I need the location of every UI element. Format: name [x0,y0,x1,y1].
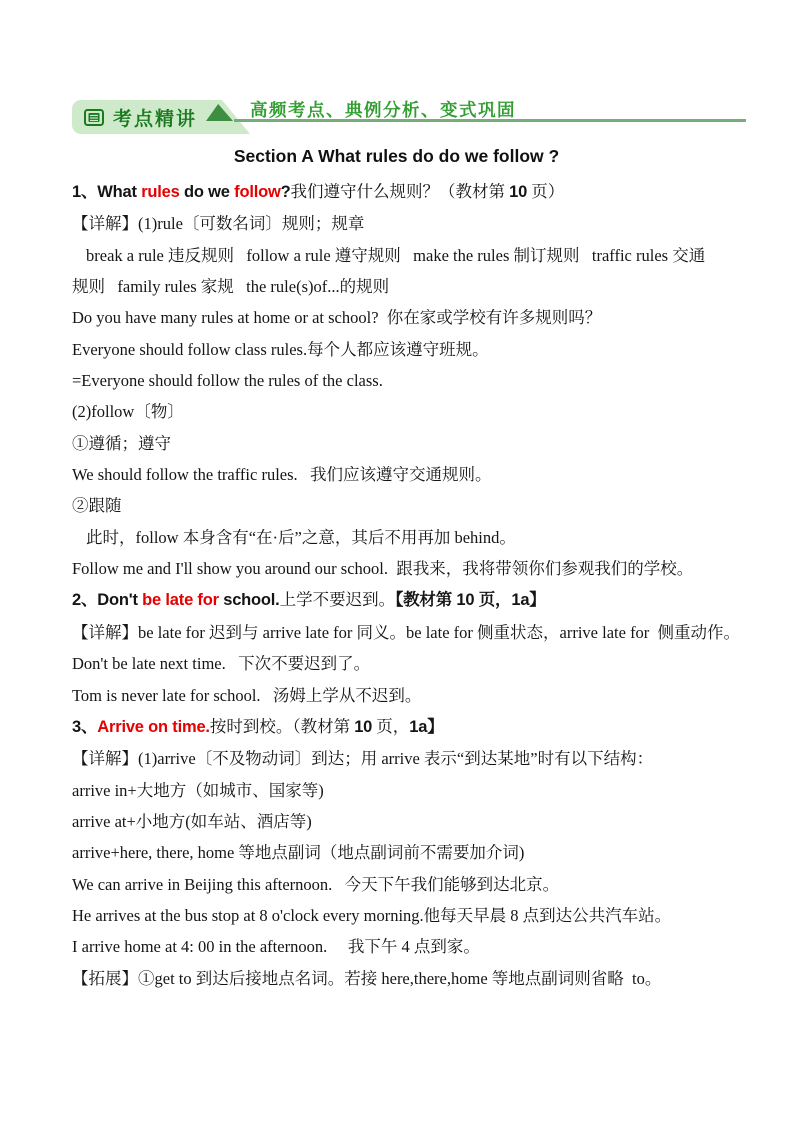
text-line: He arrives at the bus stop at 8 o'clock … [72,900,793,931]
text-run: （教材第 [292,717,354,736]
text-run: I arrive home at 4: 00 in the afternoon.… [72,937,480,956]
text-run: 【教材第 10 页，1a】 [395,591,546,609]
text-run: 3、 [72,718,97,736]
text-line: 【拓展】①get to 到达后接地点名词。若接 here,there,home … [72,963,793,994]
text-run: Do you have many rules at home or at sch… [72,308,601,327]
text-run: 此时，follow 本身含有“在·后”之意，其后不用再加 behind。 [86,528,516,547]
section-badge: 考点精讲 [72,100,222,134]
book-icon [84,109,104,126]
text-line: arrive in+大地方（如城市、国家等) [72,775,793,806]
text-line: ②跟随 [72,490,793,521]
text-run: arrive in+大地方（如城市、国家等) [72,781,324,800]
text-run: 我们遵守什么规则？（教材第 [291,182,510,201]
text-run: 上学不要迟到。 [280,590,396,609]
header-subtitle: 高频考点、典例分析、变式巩固 [250,97,516,122]
text-run: Don't be late next time. 下次不要迟到了。 [72,654,370,673]
text-run: 10 [509,183,527,201]
text-run: 【详解】be late for 迟到与 arrive late for 同义。b… [72,623,740,642]
text-run: 1a】 [409,718,443,736]
text-line: break a rule 违反规则 follow a rule 遵守规则 mak… [72,240,793,271]
text-line: Follow me and I'll show you around our s… [72,553,793,584]
text-run: 【详解】(1)rule〔可数名词〕规则；规章 [72,214,364,233]
text-run: Everyone should follow class rules.每个人都应… [72,340,489,359]
text-line: Don't be late next time. 下次不要迟到了。 [72,648,793,679]
highlighted-text: be late for [142,591,219,609]
content-lines: 1、What rules do we follow?我们遵守什么规则？（教材第 … [0,176,793,994]
text-line: arrive at+小地方(如车站、酒店等) [72,806,793,837]
text-line: 规则 family rules 家规 the rule(s)of...的规则 [72,271,793,302]
text-run: ? [281,183,291,201]
text-line: Everyone should follow class rules.每个人都应… [72,334,793,365]
text-run: 【拓展】①get to 到达后接地点名词。若接 here,there,home … [72,969,661,988]
text-line: 3、Arrive on time.按时到校。（教材第 10 页，1a】 [72,711,793,743]
text-run: arrive+here, there, home 等地点副词（地点副词前不需要加… [72,843,524,862]
text-run: 【详解】(1)arrive〔不及物动词〕到达；用 arrive 表示“到达某地”… [72,749,653,768]
text-run: We should follow the traffic rules. 我们应该… [72,465,492,484]
text-run: break a rule 违反规则 follow a rule 遵守规则 mak… [86,246,705,265]
document-page: 考点精讲 高频考点、典例分析、变式巩固 Section A What rules… [0,0,793,1122]
text-line: I arrive home at 4: 00 in the afternoon.… [72,931,793,962]
text-line: arrive+here, there, home 等地点副词（地点副词前不需要加… [72,837,793,868]
text-line: We can arrive in Beijing this afternoon.… [72,869,793,900]
text-line: 1、What rules do we follow?我们遵守什么规则？（教材第 … [72,176,793,208]
text-run: 规则 family rules 家规 the rule(s)of...的规则 [72,277,389,296]
text-run: What [97,183,141,201]
text-run: 2、 [72,591,97,609]
text-line: 【详解】(1)arrive〔不及物动词〕到达；用 arrive 表示“到达某地”… [72,743,793,774]
text-run: Follow me and I'll show you around our s… [72,559,693,578]
text-run: 按时到校。 [210,717,293,736]
highlighted-text: follow [234,183,280,201]
text-run: ②跟随 [72,496,122,515]
text-line: 【详解】(1)rule〔可数名词〕规则；规章 [72,208,793,239]
text-line: Tom is never late for school. 汤姆上学从不迟到。 [72,680,793,711]
text-line: (2)follow〔物〕 [72,396,793,427]
text-line: 此时，follow 本身含有“在·后”之意，其后不用再加 behind。 [72,522,793,553]
text-run: 页， [372,717,409,736]
page-title: Section A What rules do do we follow ? [0,0,793,167]
text-line: =Everyone should follow the rules of the… [72,365,793,396]
text-line: 【详解】be late for 迟到与 arrive late for 同义。b… [72,617,793,648]
badge-label: 考点精讲 [113,104,197,131]
text-run: Tom is never late for school. 汤姆上学从不迟到。 [72,686,421,705]
text-run: 10 [354,718,372,736]
text-run: do we [180,183,235,201]
highlighted-text: rules [141,183,179,201]
text-line: 2、Don't be late for school.上学不要迟到。【教材第 1… [72,584,793,616]
text-run: (2)follow〔物〕 [72,402,184,421]
text-line: Do you have many rules at home or at sch… [72,302,793,333]
text-line: We should follow the traffic rules. 我们应该… [72,459,793,490]
text-run: =Everyone should follow the rules of the… [72,371,383,390]
text-run: school. [219,591,280,609]
text-run: 页） [527,182,564,201]
text-run: Don't [97,591,142,609]
text-run: He arrives at the bus stop at 8 o'clock … [72,906,671,925]
text-run: We can arrive in Beijing this afternoon.… [72,875,559,894]
text-run: 1、 [72,183,97,201]
text-run: arrive at+小地方(如车站、酒店等) [72,812,312,831]
highlighted-text: Arrive on time. [97,718,210,736]
text-run: ①遵循；遵守 [72,434,171,453]
text-line: ①遵循；遵守 [72,428,793,459]
